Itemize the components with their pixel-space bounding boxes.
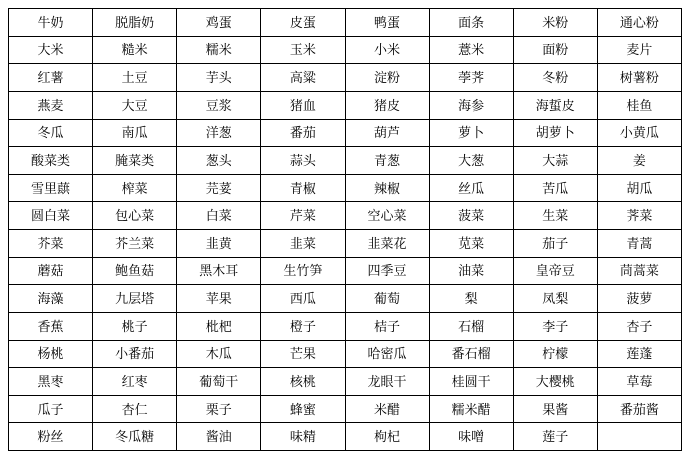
table-cell: 洋葱 bbox=[177, 119, 261, 147]
table-cell: 榨菜 bbox=[93, 174, 177, 202]
table-cell: 青椒 bbox=[261, 174, 345, 202]
table-cell: 芥兰菜 bbox=[93, 230, 177, 258]
table-cell: 大豆 bbox=[93, 91, 177, 119]
table-row: 粉丝冬瓜糖酱油味精枸杞味噌莲子 bbox=[9, 423, 682, 451]
table-row: 酸菜类腌菜类葱头蒜头青葱大葱大蒜姜 bbox=[9, 147, 682, 175]
table-cell: 橙子 bbox=[261, 312, 345, 340]
table-cell: 瓜子 bbox=[9, 395, 93, 423]
table-cell: 腌菜类 bbox=[93, 147, 177, 175]
table-cell: 小米 bbox=[345, 36, 429, 64]
table-row: 雪里蕻榨菜芫荽青椒辣椒丝瓜苦瓜胡瓜 bbox=[9, 174, 682, 202]
table-cell: 枇杷 bbox=[177, 312, 261, 340]
table-cell: 蒜头 bbox=[261, 147, 345, 175]
table-cell: 皇帝豆 bbox=[513, 257, 597, 285]
table-cell: 圆白菜 bbox=[9, 202, 93, 230]
table-cell: 龙眼干 bbox=[345, 368, 429, 396]
table-cell: 蜂蜜 bbox=[261, 395, 345, 423]
table-cell: 酱油 bbox=[177, 423, 261, 451]
table-cell: 大葱 bbox=[429, 147, 513, 175]
table-row: 香蕉桃子枇杷橙子桔子石榴李子杏子 bbox=[9, 312, 682, 340]
table-cell: 糙米 bbox=[93, 36, 177, 64]
table-row: 冬瓜南瓜洋葱番茄葫芦萝卜胡萝卜小黄瓜 bbox=[9, 119, 682, 147]
document-page: 牛奶脱脂奶鸡蛋皮蛋鸭蛋面条米粉通心粉大米糙米糯米玉米小米薏米面粉麦片红薯土豆芋头… bbox=[0, 0, 689, 459]
table-cell: 葱头 bbox=[177, 147, 261, 175]
table-row: 圆白菜包心菜白菜芹菜空心菜菠菜生菜荠菜 bbox=[9, 202, 682, 230]
table-cell: 薏米 bbox=[429, 36, 513, 64]
table-cell: 青蒿 bbox=[597, 230, 681, 258]
table-cell: 栗子 bbox=[177, 395, 261, 423]
table-cell: 菠萝 bbox=[597, 285, 681, 313]
food-items-table: 牛奶脱脂奶鸡蛋皮蛋鸭蛋面条米粉通心粉大米糙米糯米玉米小米薏米面粉麦片红薯土豆芋头… bbox=[8, 8, 682, 451]
table-cell: 萝卜 bbox=[429, 119, 513, 147]
table-cell: 玉米 bbox=[261, 36, 345, 64]
table-cell: 白菜 bbox=[177, 202, 261, 230]
table-cell: 酸菜类 bbox=[9, 147, 93, 175]
table-cell: 鲍鱼菇 bbox=[93, 257, 177, 285]
table-cell: 黑枣 bbox=[9, 368, 93, 396]
table-cell: 姜 bbox=[597, 147, 681, 175]
table-cell: 西瓜 bbox=[261, 285, 345, 313]
table-row: 芥菜芥兰菜韭黄韭菜韭菜花苋菜茄子青蒿 bbox=[9, 230, 682, 258]
table-cell: 桃子 bbox=[93, 312, 177, 340]
table-cell: 杏子 bbox=[597, 312, 681, 340]
table-cell: 哈密瓜 bbox=[345, 340, 429, 368]
table-cell: 猪皮 bbox=[345, 91, 429, 119]
table-cell: 草莓 bbox=[597, 368, 681, 396]
table-row: 红薯土豆芋头高粱淀粉荸荠冬粉树薯粉 bbox=[9, 64, 682, 92]
table-cell: 芫荽 bbox=[177, 174, 261, 202]
table-cell: 面条 bbox=[429, 9, 513, 37]
table-cell: 南瓜 bbox=[93, 119, 177, 147]
table-cell: 大蒜 bbox=[513, 147, 597, 175]
table-cell: 蘑菇 bbox=[9, 257, 93, 285]
table-row: 蘑菇鲍鱼菇黑木耳生竹笋四季豆油菜皇帝豆茼蒿菜 bbox=[9, 257, 682, 285]
table-cell: 空心菜 bbox=[345, 202, 429, 230]
table-cell: 包心菜 bbox=[93, 202, 177, 230]
table-cell: 凤梨 bbox=[513, 285, 597, 313]
table-cell: 油菜 bbox=[429, 257, 513, 285]
table-cell: 味噌 bbox=[429, 423, 513, 451]
table-cell: 胡萝卜 bbox=[513, 119, 597, 147]
table-cell: 米醋 bbox=[345, 395, 429, 423]
table-cell: 莲子 bbox=[513, 423, 597, 451]
table-cell: 木瓜 bbox=[177, 340, 261, 368]
table-cell: 九层塔 bbox=[93, 285, 177, 313]
table-row: 海藻九层塔苹果西瓜葡萄梨凤梨菠萝 bbox=[9, 285, 682, 313]
table-cell: 红枣 bbox=[93, 368, 177, 396]
table-cell: 糯米 bbox=[177, 36, 261, 64]
table-cell: 胡瓜 bbox=[597, 174, 681, 202]
food-items-table-body: 牛奶脱脂奶鸡蛋皮蛋鸭蛋面条米粉通心粉大米糙米糯米玉米小米薏米面粉麦片红薯土豆芋头… bbox=[9, 9, 682, 451]
table-cell: 小黄瓜 bbox=[597, 119, 681, 147]
table-cell: 脱脂奶 bbox=[93, 9, 177, 37]
table-cell: 芋头 bbox=[177, 64, 261, 92]
table-cell: 青葱 bbox=[345, 147, 429, 175]
table-cell: 鸡蛋 bbox=[177, 9, 261, 37]
table-cell: 荸荠 bbox=[429, 64, 513, 92]
table-row: 燕麦大豆豆浆猪血猪皮海参海蜇皮桂鱼 bbox=[9, 91, 682, 119]
table-cell: 桂圆干 bbox=[429, 368, 513, 396]
table-cell-empty bbox=[597, 423, 681, 451]
table-cell: 枸杞 bbox=[345, 423, 429, 451]
table-cell: 生菜 bbox=[513, 202, 597, 230]
table-cell: 味精 bbox=[261, 423, 345, 451]
table-cell: 梨 bbox=[429, 285, 513, 313]
table-cell: 茄子 bbox=[513, 230, 597, 258]
table-cell: 果酱 bbox=[513, 395, 597, 423]
table-cell: 苋菜 bbox=[429, 230, 513, 258]
table-row: 牛奶脱脂奶鸡蛋皮蛋鸭蛋面条米粉通心粉 bbox=[9, 9, 682, 37]
table-cell: 淀粉 bbox=[345, 64, 429, 92]
table-cell: 丝瓜 bbox=[429, 174, 513, 202]
table-cell: 苦瓜 bbox=[513, 174, 597, 202]
table-cell: 冬粉 bbox=[513, 64, 597, 92]
table-cell: 杏仁 bbox=[93, 395, 177, 423]
table-cell: 粉丝 bbox=[9, 423, 93, 451]
table-cell: 雪里蕻 bbox=[9, 174, 93, 202]
table-cell: 燕麦 bbox=[9, 91, 93, 119]
table-cell: 香蕉 bbox=[9, 312, 93, 340]
table-cell: 芒果 bbox=[261, 340, 345, 368]
table-cell: 桂鱼 bbox=[597, 91, 681, 119]
table-cell: 石榴 bbox=[429, 312, 513, 340]
table-row: 杨桃小番茄木瓜芒果哈密瓜番石榴柠檬莲蓬 bbox=[9, 340, 682, 368]
table-cell: 芥菜 bbox=[9, 230, 93, 258]
table-cell: 葫芦 bbox=[345, 119, 429, 147]
table-cell: 海蜇皮 bbox=[513, 91, 597, 119]
table-cell: 猪血 bbox=[261, 91, 345, 119]
table-cell: 冬瓜糖 bbox=[93, 423, 177, 451]
table-cell: 菠菜 bbox=[429, 202, 513, 230]
table-cell: 辣椒 bbox=[345, 174, 429, 202]
table-cell: 牛奶 bbox=[9, 9, 93, 37]
table-cell: 四季豆 bbox=[345, 257, 429, 285]
table-cell: 大樱桃 bbox=[513, 368, 597, 396]
table-cell: 苹果 bbox=[177, 285, 261, 313]
table-cell: 海参 bbox=[429, 91, 513, 119]
table-cell: 通心粉 bbox=[597, 9, 681, 37]
table-cell: 韭菜 bbox=[261, 230, 345, 258]
table-cell: 黑木耳 bbox=[177, 257, 261, 285]
table-cell: 李子 bbox=[513, 312, 597, 340]
table-cell: 柠檬 bbox=[513, 340, 597, 368]
table-cell: 大米 bbox=[9, 36, 93, 64]
table-cell: 韭黄 bbox=[177, 230, 261, 258]
table-cell: 番茄酱 bbox=[597, 395, 681, 423]
table-cell: 生竹笋 bbox=[261, 257, 345, 285]
table-cell: 番茄 bbox=[261, 119, 345, 147]
table-cell: 桔子 bbox=[345, 312, 429, 340]
table-cell: 皮蛋 bbox=[261, 9, 345, 37]
table-cell: 麦片 bbox=[597, 36, 681, 64]
table-cell: 面粉 bbox=[513, 36, 597, 64]
table-cell: 芹菜 bbox=[261, 202, 345, 230]
table-cell: 冬瓜 bbox=[9, 119, 93, 147]
table-row: 瓜子杏仁栗子蜂蜜米醋糯米醋果酱番茄酱 bbox=[9, 395, 682, 423]
table-row: 黑枣红枣葡萄干核桃龙眼干桂圆干大樱桃草莓 bbox=[9, 368, 682, 396]
table-cell: 番石榴 bbox=[429, 340, 513, 368]
table-cell: 鸭蛋 bbox=[345, 9, 429, 37]
table-cell: 小番茄 bbox=[93, 340, 177, 368]
table-cell: 核桃 bbox=[261, 368, 345, 396]
table-cell: 葡萄 bbox=[345, 285, 429, 313]
table-cell: 土豆 bbox=[93, 64, 177, 92]
table-cell: 莲蓬 bbox=[597, 340, 681, 368]
table-cell: 葡萄干 bbox=[177, 368, 261, 396]
table-cell: 茼蒿菜 bbox=[597, 257, 681, 285]
table-cell: 豆浆 bbox=[177, 91, 261, 119]
table-row: 大米糙米糯米玉米小米薏米面粉麦片 bbox=[9, 36, 682, 64]
table-cell: 荠菜 bbox=[597, 202, 681, 230]
table-cell: 糯米醋 bbox=[429, 395, 513, 423]
table-cell: 杨桃 bbox=[9, 340, 93, 368]
table-cell: 树薯粉 bbox=[597, 64, 681, 92]
table-cell: 海藻 bbox=[9, 285, 93, 313]
table-cell: 米粉 bbox=[513, 9, 597, 37]
table-cell: 红薯 bbox=[9, 64, 93, 92]
table-cell: 高粱 bbox=[261, 64, 345, 92]
table-cell: 韭菜花 bbox=[345, 230, 429, 258]
